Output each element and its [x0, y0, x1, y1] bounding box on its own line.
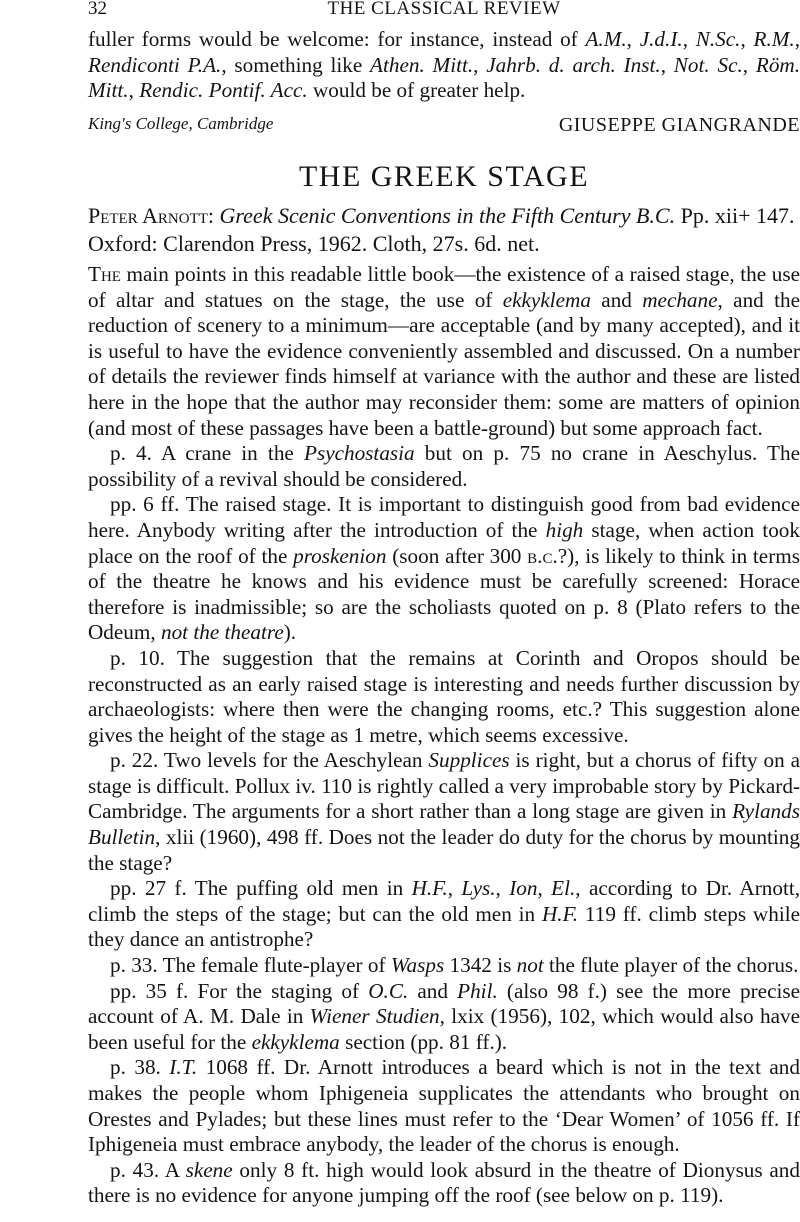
journal-title: THE CLASSICAL REVIEW — [88, 0, 800, 20]
review-body: The main points in this readable little … — [88, 262, 800, 1209]
book-author: Peter Arnott — [88, 203, 208, 228]
review-paragraph: p. 38. I.T. 1068 ff. Dr. Arnott introduc… — [88, 1055, 800, 1157]
closing-paragraph: fuller forms would be welcome: for insta… — [88, 27, 800, 104]
review-paragraph: pp. 27 f. The puffing old men in H.F., L… — [88, 876, 800, 953]
previous-review-closing: fuller forms would be welcome: for insta… — [88, 27, 800, 104]
reviewer-name: GIUSEPPE GIANGRANDE — [559, 114, 800, 137]
review-paragraph: p. 22. Two levels for the Aeschylean Sup… — [88, 748, 800, 876]
review-paragraph: p. 4. A crane in the Psychostasia but on… — [88, 441, 800, 492]
review-paragraph: pp. 6 ff. The raised stage. It is import… — [88, 492, 800, 646]
book-title: Greek Scenic Conventions in the Fifth Ce… — [220, 203, 676, 228]
review-paragraph: p. 33. The female flute-player of Wasps … — [88, 953, 800, 979]
running-head: 32 THE CLASSICAL REVIEW — [88, 0, 800, 22]
review-title: THE GREEK STAGE — [88, 160, 800, 194]
review-paragraph: p. 43. A skene only 8 ft. high would loo… — [88, 1158, 800, 1209]
reviewer-affiliation: King's College, Cambridge — [88, 114, 273, 134]
review-paragraph: pp. 35 f. For the staging of O.C. and Ph… — [88, 979, 800, 1056]
book-citation: Peter Arnott: Greek Scenic Conventions i… — [88, 202, 800, 258]
review-paragraph: p. 10. The suggestion that the remains a… — [88, 646, 800, 748]
review-paragraph: The main points in this readable little … — [88, 262, 800, 441]
